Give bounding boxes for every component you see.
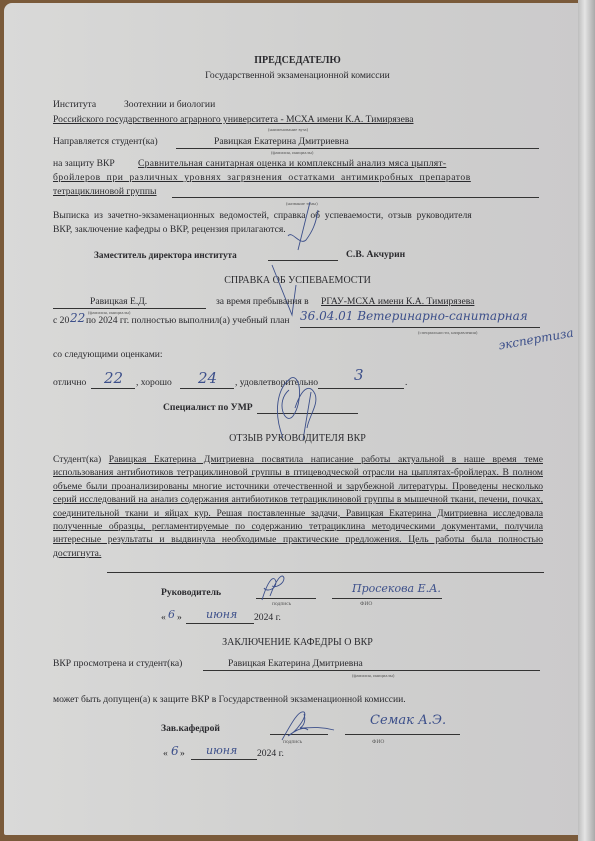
thesis-prefix: на защиту ВКР (53, 158, 115, 170)
head-fio-line (345, 734, 460, 735)
specialty-handwritten: 36.04.01 Ветеринарно-санитарная (300, 309, 528, 323)
head-fio-caption: ФИО (372, 739, 384, 745)
head-name-handwritten: Семак А.Э. (370, 713, 446, 728)
department-student-line (203, 670, 540, 671)
thesis-title-line3: тетрациклиновой группы (53, 186, 157, 198)
department-date-month-line (191, 759, 257, 760)
student-short-name: Равицкая Е.Д. (90, 296, 147, 308)
supervisor-signature (258, 570, 288, 602)
deputy-signature (270, 200, 330, 260)
excellent-value: 22 (104, 369, 123, 387)
department-reviewed-label: ВКР просмотрена и студент(ка) (53, 658, 182, 670)
review-lead: Студент(ка) (53, 454, 101, 465)
review-end-line (107, 572, 544, 573)
specialist-label: Специалист по УМР (163, 402, 253, 414)
supervisor-label: Руководитель (161, 587, 221, 599)
student-line (176, 148, 539, 149)
review-date-month-line (186, 623, 254, 624)
department-student-name: Равицкая Екатерина Дмитриевна (228, 658, 363, 670)
stay-text: за время пребывания в (216, 296, 309, 308)
start-year-handwritten: 22 (70, 311, 85, 325)
department-date-day: 6 (171, 744, 179, 758)
student-caption: (фамилия, инициалы) (271, 150, 313, 155)
deputy-name: С.В. Акчурин (346, 249, 405, 261)
deputy-label: Заместитель директора института (94, 249, 237, 261)
review-title: ОТЗЫВ РУКОВОДИТЕЛЯ ВКР (0, 433, 595, 445)
department-date-close: » (180, 748, 185, 760)
addressee-subtitle: Государственной экзаменационной комиссии (0, 70, 595, 82)
student-name: Равицкая Екатерина Дмитриевна (214, 136, 349, 148)
excellent-line (91, 388, 135, 389)
institute-label: Института (53, 99, 96, 111)
thesis-line (172, 197, 539, 198)
attachments-line1: Выписка из зачетно-экзаменационных ведом… (53, 210, 472, 222)
institute-value: Зоотехнии и биологии (124, 99, 215, 111)
good-line (180, 388, 234, 389)
department-date-month: июня (206, 744, 237, 757)
period-suffix: по 2024 гг. полностью выполнил(а) учебны… (86, 315, 290, 327)
review-date-close: » (177, 612, 182, 624)
supervisor-fio-line (332, 598, 442, 599)
specialty-line (300, 327, 540, 328)
student-short-line (53, 308, 206, 309)
head-label: Зав.кафедрой (161, 723, 220, 735)
review-date-month: июня (206, 608, 237, 621)
addressee-title: ПРЕДСЕДАТЕЛЮ (0, 55, 595, 67)
admission-text: может быть допущен(а) к защите ВКР в Гос… (53, 694, 406, 706)
grades-end: . (405, 377, 407, 389)
specialty-caption: (специальности, направления) (418, 330, 477, 335)
satisfactory-value: 3 (354, 366, 364, 384)
department-date-open: « (163, 748, 168, 760)
head-signature (278, 706, 338, 742)
university-short: РГАУ-МСХА имени К.А. Тимирязева (321, 296, 474, 308)
department-student-caption: (фамилия, инициалы) (352, 673, 394, 678)
thesis-title-line2: бройлеров при различных уровнях загрязне… (53, 172, 471, 184)
good-label: , хорошо (136, 377, 172, 389)
attachments-line2: ВКР, заключение кафедры о ВКР, рецензия … (53, 224, 286, 236)
supervisor-fio-caption: ФИО (360, 601, 372, 607)
supervisor-name-handwritten: Просекова Е.А. (352, 582, 441, 595)
review-date-year: 2024 г. (254, 612, 281, 624)
grades-label: со следующими оценками: (53, 349, 163, 361)
department-date-year: 2024 г. (257, 748, 284, 760)
review-date-open: « (161, 612, 166, 624)
specialist-signature (265, 372, 335, 442)
head-signature-caption: подпись (283, 739, 302, 745)
period-prefix: с 20 (53, 315, 69, 327)
good-value: 24 (198, 369, 217, 387)
review-date-day: 6 (168, 608, 175, 621)
review-text-block: Студент(ка) Равицкая Екатерина Дмитриевн… (53, 453, 543, 560)
excellent-label: отлично (53, 377, 86, 389)
student-label: Направляется студент(ка) (53, 136, 158, 148)
supervisor-signature-caption: подпись (272, 601, 291, 607)
department-title: ЗАКЛЮЧЕНИЕ КАФЕДРЫ О ВКР (0, 637, 595, 649)
page-edge (578, 0, 595, 841)
university-caption: (наименование вуза) (268, 127, 308, 132)
review-text: Равицкая Екатерина Дмитриевна посвятила … (53, 454, 543, 559)
university-name: Российского государственного аграрного у… (53, 114, 414, 126)
thesis-title-line1: Сравнительная санитарная оценка и компле… (138, 158, 446, 170)
